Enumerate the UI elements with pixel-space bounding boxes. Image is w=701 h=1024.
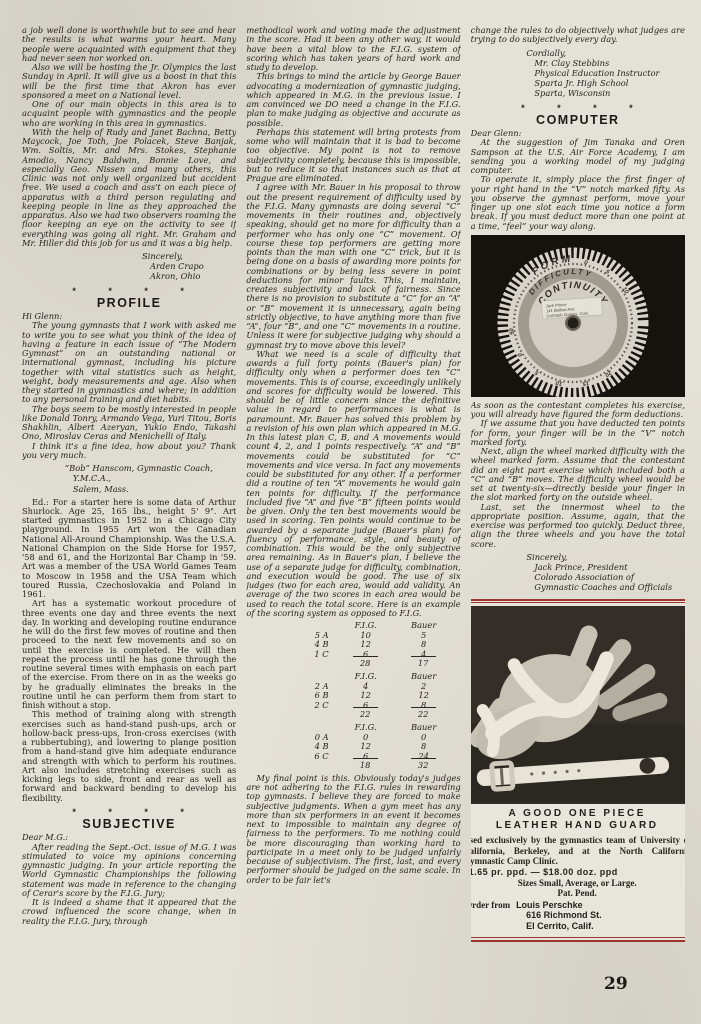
- center-hole: [567, 317, 578, 328]
- ad-title-line-2: LEATHER HAND GUARD: [471, 820, 685, 832]
- ad-price: $1.65 pr. ppd. — $18.00 doz. ppd: [471, 867, 685, 878]
- profile-heading: PROFILE: [22, 299, 236, 308]
- stars-separator: * * * *: [22, 808, 236, 817]
- ad-order-address: Louis Perschke616 Richmond St.El Cerrito…: [516, 900, 602, 932]
- ad-order-block: Order from Louis Perschke616 Richmond St…: [471, 900, 685, 932]
- left-column: a job well done is worthwhile but to see…: [22, 26, 236, 1018]
- paragraph: Also we will be hosting the Jr. Olympics…: [22, 63, 236, 100]
- editor-note-paragraph: This method of training along with stren…: [22, 710, 236, 803]
- paragraph-continuation: change the rules to do objectively what …: [471, 26, 685, 45]
- subjective-heading: SUBJECTIVE: [22, 820, 236, 829]
- paragraph: At the suggestion of Jim Tanaka and Oren…: [471, 138, 685, 175]
- page-number: 29: [604, 974, 628, 994]
- paragraph: What we need is a scale of difficulty th…: [246, 350, 460, 618]
- paragraph: The young gymnasts that I work with aske…: [22, 321, 236, 404]
- ad-title-line-1: A GOOD ONE PIECE: [471, 808, 685, 820]
- paragraph: This brings to mind the article by Georg…: [246, 72, 460, 128]
- scoring-table-2: F.I.G.Bauer2 A426 B12122 C682222: [301, 672, 459, 720]
- scoring-table-1: F.I.G.Bauer5 A1054 B1281 C642817: [301, 621, 459, 669]
- paragraph: I think it's a fine idea, how about you?…: [22, 442, 236, 461]
- right-column: change the rules to do objectively what …: [471, 26, 685, 1018]
- signature-bob-hanscom: “Bob” Hanscom, Gymnastic Coach,Y.M.C.A.,…: [65, 463, 236, 494]
- paragraph: I agree with Mr. Bauer in his proposal t…: [246, 183, 460, 350]
- paragraph: To operate it, simply place the first fi…: [471, 175, 685, 231]
- signature-clay-stebbins: Cordially,Mr. Clay StebbinsPhysical Educ…: [526, 48, 685, 99]
- editor-note-paragraph: Art has a systematic workout procedure o…: [22, 599, 236, 710]
- paragraph: a job well done is worthwhile but to see…: [22, 26, 236, 63]
- quoted-statement: It is indeed a shame that it appeared th…: [22, 898, 236, 926]
- editor-note-paragraph: Ed.: For a starter here is some data of …: [22, 498, 236, 600]
- scoring-table-3: F.I.G.Bauer0 A004 B1286 C6241832: [301, 723, 459, 771]
- paragraph: As soon as the contestant completes his …: [471, 401, 685, 420]
- paragraph: My final point is this. Obviously today'…: [246, 774, 460, 885]
- paragraph: One of our main objects in this area is …: [22, 100, 236, 128]
- hand-guard-ad-inner: A GOOD ONE PIECE LEATHER HAND GUARD Used…: [471, 602, 685, 938]
- judging-computer-dial-photo: FORM DIFFICULTY CONTINUITY 50 0 5 10: [471, 235, 685, 397]
- signature-jack-prince: Sincerely,Jack Prince, PresidentColorado…: [526, 552, 685, 593]
- column-layout: a job well done is worthwhile but to see…: [0, 0, 701, 1018]
- paragraph: Next, align the wheel marked difficulty …: [471, 447, 685, 503]
- middle-column: methodical work and voting made the adju…: [246, 26, 460, 1018]
- ad-patent-note: Pat. Pend.: [471, 888, 685, 899]
- ad-title: A GOOD ONE PIECE LEATHER HAND GUARD: [471, 808, 685, 832]
- paragraph: Last, set the innermost wheel to the app…: [471, 503, 685, 549]
- ad-body-text: Used exclusively by the gymnastics team …: [471, 835, 685, 867]
- hand-guard-ad: A GOOD ONE PIECE LEATHER HAND GUARD Used…: [471, 599, 685, 942]
- paragraph: Perhaps this statement will bring protes…: [246, 128, 460, 184]
- stars-separator: * * * *: [471, 104, 685, 113]
- dial-illustration: FORM DIFFICULTY CONTINUITY 50 0 5 10: [471, 235, 685, 397]
- paragraph: The boys seem to be mostly interested in…: [22, 405, 236, 442]
- paragraph: If we assume that you have deducted ten …: [471, 419, 685, 447]
- magazine-page: a job well done is worthwhile but to see…: [0, 0, 701, 1024]
- hand-guard-photo: [471, 606, 685, 804]
- paragraph: After reading the Sept.-Oct. issue of M.…: [22, 843, 236, 899]
- ad-order-prefix: Order from: [471, 900, 510, 932]
- signature-arden-crapo: Sincerely,Arden CrapoAkron, Ohio: [142, 251, 236, 282]
- quote-continuation: methodical work and voting made the adju…: [246, 26, 460, 72]
- computer-heading: COMPUTER: [471, 116, 685, 125]
- stars-separator: * * * *: [22, 287, 236, 296]
- paragraph: With the help of Rudy and Janet Bachna, …: [22, 128, 236, 248]
- ad-sizes: Sizes Small, Average, or Large.: [471, 878, 685, 889]
